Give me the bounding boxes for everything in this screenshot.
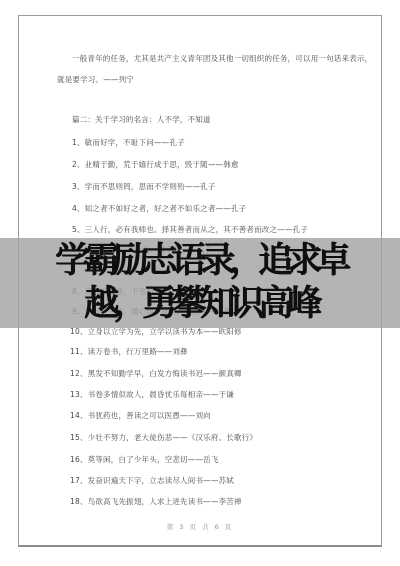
- intro-line-2: 就是要学习。——列宁: [57, 75, 134, 85]
- quote-item: 17、发奋识遍天下字，立志读尽人间书——苏轼: [70, 476, 234, 486]
- quote-item: 14、书犹药也，善读之可以医愚——刘向: [70, 411, 211, 421]
- quote-item: 13、书卷多情似故人，晨昏忧乐每相亲——于谦: [70, 390, 234, 400]
- quote-item: 3、学而不思则罔，思而不学则殆——孔子: [72, 182, 216, 192]
- quote-item: 10、立身以立学为先，立学以读书为本——欧阳修: [70, 327, 242, 337]
- quote-item: 16、莫等闲，白了少年头，空悲切——岳飞: [70, 455, 219, 465]
- quote-item: 1、敏而好学，不耻下问——孔子: [72, 138, 185, 148]
- intro-line-1: 一般青年的任务，尤其是共产主义青年团及其他一切组织的任务，可以用一句话来表示，: [72, 54, 372, 64]
- quote-item: 12、黑发不知勤学早，白发方悔读书迟——颜真卿: [70, 369, 242, 379]
- quote-item: 18、鸟欲高飞先振翅，人求上进先读书——李苦禅: [70, 497, 242, 507]
- quote-item: 5、三人行，必有我师也。择其善者而从之，其不善者而改之——孔子: [72, 225, 308, 235]
- section-title: 篇二：关于学习的名言：人不学，不知道: [72, 115, 211, 125]
- page-number: 第 3 页 共 6 页: [18, 522, 382, 531]
- quote-item: 4、知之者不如好之者，好之者不如乐之者——孔子: [72, 204, 246, 214]
- headline-line-1: 学霸励志语录，追求卓: [0, 240, 400, 283]
- headline-line-2: 越，勇攀知识高峰: [0, 283, 400, 326]
- quote-item: 15、少壮不努力，老大徒伤悲——《汉乐府。长歌行》: [70, 433, 257, 443]
- headline-overlay: 学霸励志语录，追求卓 越，勇攀知识高峰: [0, 238, 400, 328]
- quote-item: 2、业精于勤，荒于嬉行成于思，毁于随——韩愈: [72, 160, 239, 170]
- quote-item: 11、读万卷书，行万里路——刘彝: [70, 347, 188, 357]
